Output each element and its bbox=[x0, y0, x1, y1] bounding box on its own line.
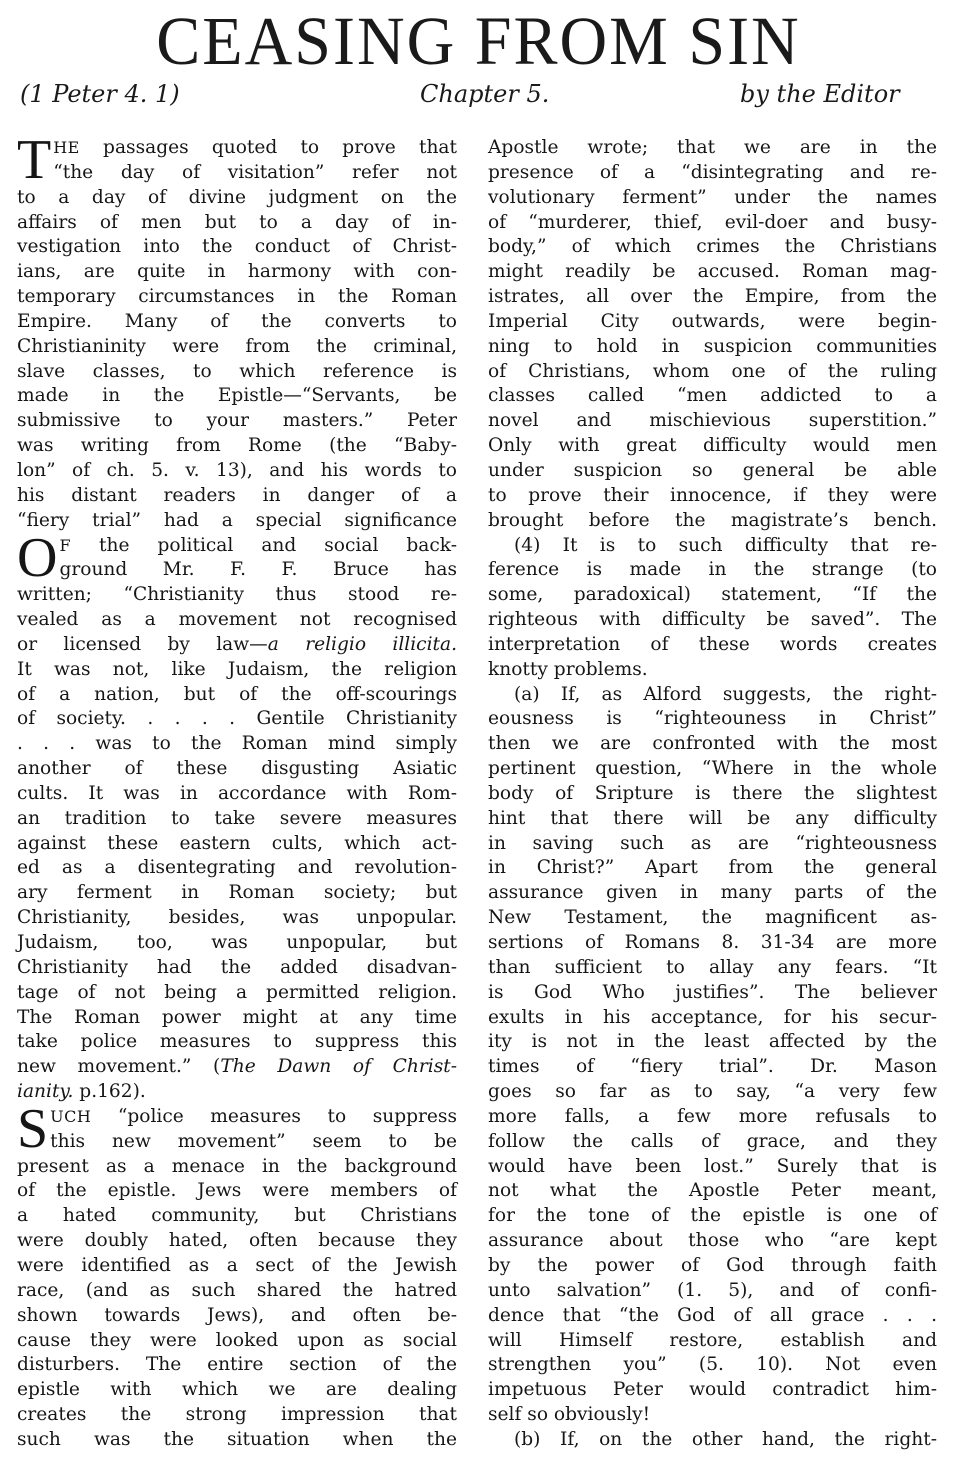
text-span: “police measures to suppress bbox=[91, 1106, 457, 1127]
text-line: ians, are quite in harmony with con- bbox=[17, 260, 457, 285]
book-title: The Dawn of Christ- bbox=[220, 1056, 457, 1077]
text-line: slave classes, to which reference is bbox=[17, 360, 457, 385]
text-line: were identified as a sect of the Jewish bbox=[17, 1254, 457, 1279]
text-line: times of “fiery trial”. Dr. Mason bbox=[488, 1055, 937, 1080]
text-line: of “murderer, thief, evil-doer and busy- bbox=[488, 211, 937, 236]
paragraph: O F the political and social back- groun… bbox=[17, 534, 457, 1105]
text-line: cults. It was in accordance with Rom- bbox=[17, 782, 457, 807]
text-line: istrates, all over the Empire, from the bbox=[488, 285, 937, 310]
text-line: affairs of men but to a day of in- bbox=[17, 211, 457, 236]
small-caps-word: F bbox=[59, 536, 71, 555]
text-line: presence of a “disintegrating and re- bbox=[488, 161, 937, 186]
text-line: vestigation into the conduct of Christ- bbox=[17, 235, 457, 260]
text-line: ary ferment in Roman society; but bbox=[17, 881, 457, 906]
drop-cap: O bbox=[17, 536, 57, 580]
text-line: in Christ?” Apart from the general bbox=[488, 856, 937, 881]
text-line: his distant readers in danger of a bbox=[17, 484, 457, 509]
text-line: by the power of God through faith bbox=[488, 1254, 937, 1279]
text-line: It was not, like Judaism, the religion bbox=[17, 658, 457, 683]
text-line: eousness is “righteouness in Christ” bbox=[488, 707, 937, 732]
text-line: vealed as a movement not recognised bbox=[17, 608, 457, 633]
paragraph: T HE passages quoted to prove that “the … bbox=[17, 136, 457, 534]
text-line: ground Mr. F. F. Bruce has bbox=[17, 558, 457, 583]
text-line: New Testament, the magnificent as- bbox=[488, 906, 937, 931]
drop-cap: S bbox=[17, 1107, 48, 1151]
text-line: body of Sripture is there the slightest bbox=[488, 782, 937, 807]
text-line: race, (and as such shared the hatred bbox=[17, 1279, 457, 1304]
text-line: righteous with difficulty be saved”. The bbox=[488, 608, 937, 633]
author-byline: by the Editor bbox=[740, 80, 900, 108]
text-line: hint that there will be any difficulty bbox=[488, 807, 937, 832]
text-line: then we are confronted with the most bbox=[488, 732, 937, 757]
text-line: take police measures to suppress this bbox=[17, 1030, 457, 1055]
text-line: Christianity had the added disadvan- bbox=[17, 956, 457, 981]
text-line: to a day of divine judgment on the bbox=[17, 186, 457, 211]
text-line: knotty problems. bbox=[488, 658, 937, 683]
text-line: impetuous Peter would contradict him- bbox=[488, 1378, 937, 1403]
text-line: classes called “men addicted to a bbox=[488, 384, 937, 409]
text-span: new movement.” ( bbox=[17, 1056, 220, 1077]
text-line: exults in his acceptance, for his secur- bbox=[488, 1006, 937, 1031]
small-caps-word: UCH bbox=[50, 1107, 91, 1126]
text-line: . . . was to the Roman mind simply bbox=[17, 732, 457, 757]
paragraph: (4) It is to such difficulty that re- fe… bbox=[488, 534, 937, 683]
text-line: self so obviously! bbox=[488, 1403, 937, 1428]
text-line: ference is made in the strange (to bbox=[488, 558, 937, 583]
paragraph: (b) If, on the other hand, the right- bbox=[488, 1428, 937, 1453]
text-line: Imperial City outwards, were begin- bbox=[488, 310, 937, 335]
text-line: UCH “police measures to suppress bbox=[17, 1105, 457, 1130]
text-line: follow the calls of grace, and they bbox=[488, 1130, 937, 1155]
text-line: (b) If, on the other hand, the right- bbox=[488, 1428, 937, 1453]
text-line: pertinent question, “Where in the whole bbox=[488, 757, 937, 782]
text-line: ianity. p.162). bbox=[17, 1080, 457, 1105]
text-line: volutionary ferment” under the names bbox=[488, 186, 937, 211]
text-line: written; “Christianity thus stood re- bbox=[17, 583, 457, 608]
text-line: tage of not being a permitted religion. bbox=[17, 981, 457, 1006]
small-caps-word: HE bbox=[53, 138, 80, 157]
text-span: passages quoted to prove that bbox=[80, 137, 457, 158]
text-line: in saving such as are “righteousness bbox=[488, 832, 937, 857]
text-line: body,” of which crimes the Christians bbox=[488, 235, 937, 260]
text-span: or licensed by law— bbox=[17, 634, 268, 655]
text-line: interpretation of these words creates bbox=[488, 633, 937, 658]
text-line: would have been lost.” Surely that is bbox=[488, 1155, 937, 1180]
text-line: another of these disgusting Asiatic bbox=[17, 757, 457, 782]
text-line: (a) If, as Alford suggests, the right- bbox=[488, 683, 937, 708]
text-line: ning to hold in suspicion communities bbox=[488, 335, 937, 360]
text-line: new movement.” (The Dawn of Christ- bbox=[17, 1055, 457, 1080]
italic-phrase: a religio illicita. bbox=[268, 634, 457, 655]
text-line: some, paradoxical) statement, “If the bbox=[488, 583, 937, 608]
chapter-label: Chapter 5. bbox=[420, 80, 549, 108]
text-line: ed as a disentegrating and revolution- bbox=[17, 856, 457, 881]
text-line: of the epistle. Jews were members of bbox=[17, 1179, 457, 1204]
text-line: were doubly hated, often because they bbox=[17, 1229, 457, 1254]
text-line: Christianinity were from the criminal, bbox=[17, 335, 457, 360]
text-line: unto salvation” (1. 5), and of confi- bbox=[488, 1279, 937, 1304]
text-line: strengthen you” (5. 10). Not even bbox=[488, 1353, 937, 1378]
text-line: present as a menace in the background bbox=[17, 1155, 457, 1180]
text-line: Christianity, besides, was unpopular. bbox=[17, 906, 457, 931]
text-line: ity is not in the least affected by the bbox=[488, 1030, 937, 1055]
scripture-reference: (1 Peter 4. 1) bbox=[20, 80, 180, 108]
text-line: (4) It is to such difficulty that re- bbox=[488, 534, 937, 559]
text-line: cause they were looked upon as social bbox=[17, 1329, 457, 1354]
text-line: not what the Apostle Peter meant, bbox=[488, 1179, 937, 1204]
text-line: of Christians, whom one of the ruling bbox=[488, 360, 937, 385]
text-line: epistle with which we are dealing bbox=[17, 1378, 457, 1403]
drop-cap: T bbox=[17, 138, 51, 182]
text-line: brought before the magistrate’s bench. bbox=[488, 509, 937, 534]
text-line: made in the Epistle—“Servants, be bbox=[17, 384, 457, 409]
text-line: submissive to your masters.” Peter bbox=[17, 409, 457, 434]
text-line: sertions of Romans 8. 31-34 are more bbox=[488, 931, 937, 956]
text-line: or licensed by law—a religio illicita. bbox=[17, 633, 457, 658]
text-line: dence that “the God of all grace . . . bbox=[488, 1304, 937, 1329]
text-line: of society. . . . . Gentile Christianity bbox=[17, 707, 457, 732]
text-line: shown towards Jews), and often be- bbox=[17, 1304, 457, 1329]
text-line: HE passages quoted to prove that bbox=[17, 136, 457, 161]
text-line: “the day of visitation” refer not bbox=[17, 161, 457, 186]
text-line: than sufficient to allay any fears. “It bbox=[488, 956, 937, 981]
text-line: lon” of ch. 5. v. 13), and his words to bbox=[17, 459, 457, 484]
paragraph: Apostle wrote; that we are in the presen… bbox=[488, 136, 937, 534]
text-line: Apostle wrote; that we are in the bbox=[488, 136, 937, 161]
right-column: Apostle wrote; that we are in the presen… bbox=[488, 136, 937, 1453]
text-line: was writing from Rome (the “Baby- bbox=[17, 434, 457, 459]
text-line: The Roman power might at any time bbox=[17, 1006, 457, 1031]
text-line: might readily be accused. Roman mag- bbox=[488, 260, 937, 285]
text-line: Judaism, too, was unpopular, but bbox=[17, 931, 457, 956]
article-subtitle: (1 Peter 4. 1) Chapter 5. by the Editor bbox=[0, 80, 957, 114]
text-span: the political and social back- bbox=[71, 535, 457, 556]
text-line: F the political and social back- bbox=[17, 534, 457, 559]
text-line: assurance given in many parts of the bbox=[488, 881, 937, 906]
text-line: a hated community, but Christians bbox=[17, 1204, 457, 1229]
text-line: under suspicion so general be able bbox=[488, 459, 937, 484]
text-line: against these eastern cults, which act- bbox=[17, 832, 457, 857]
text-span: p.162). bbox=[73, 1081, 145, 1102]
paragraph: S UCH “police measures to suppress this … bbox=[17, 1105, 457, 1453]
text-line: to prove their innocence, if they were bbox=[488, 484, 937, 509]
text-line: such was the situation when the bbox=[17, 1428, 457, 1453]
text-line: is God Who justifies”. The believer bbox=[488, 981, 937, 1006]
article-title: CEASING FROM SIN bbox=[0, 4, 957, 80]
text-line: temporary circumstances in the Roman bbox=[17, 285, 457, 310]
text-line: of a nation, but of the off-scourings bbox=[17, 683, 457, 708]
text-line: novel and mischievious superstition.” bbox=[488, 409, 937, 434]
text-line: will Himself restore, establish and bbox=[488, 1329, 937, 1354]
text-line: for the tone of the epistle is one of bbox=[488, 1204, 937, 1229]
text-line: assurance about those who “are kept bbox=[488, 1229, 937, 1254]
text-line: an tradition to take severe measures bbox=[17, 807, 457, 832]
text-line: this new movement” seem to be bbox=[17, 1130, 457, 1155]
text-line: Only with great difficulty would men bbox=[488, 434, 937, 459]
text-line: goes so far as to say, “a very few bbox=[488, 1080, 937, 1105]
left-column: T HE passages quoted to prove that “the … bbox=[17, 136, 457, 1453]
text-line: disturbers. The entire section of the bbox=[17, 1353, 457, 1378]
paragraph: (a) If, as Alford suggests, the right- e… bbox=[488, 683, 937, 1428]
text-line: “fiery trial” had a special significance bbox=[17, 509, 457, 534]
text-line: creates the strong impression that bbox=[17, 1403, 457, 1428]
text-line: more falls, a few more refusals to bbox=[488, 1105, 937, 1130]
text-line: Empire. Many of the converts to bbox=[17, 310, 457, 335]
